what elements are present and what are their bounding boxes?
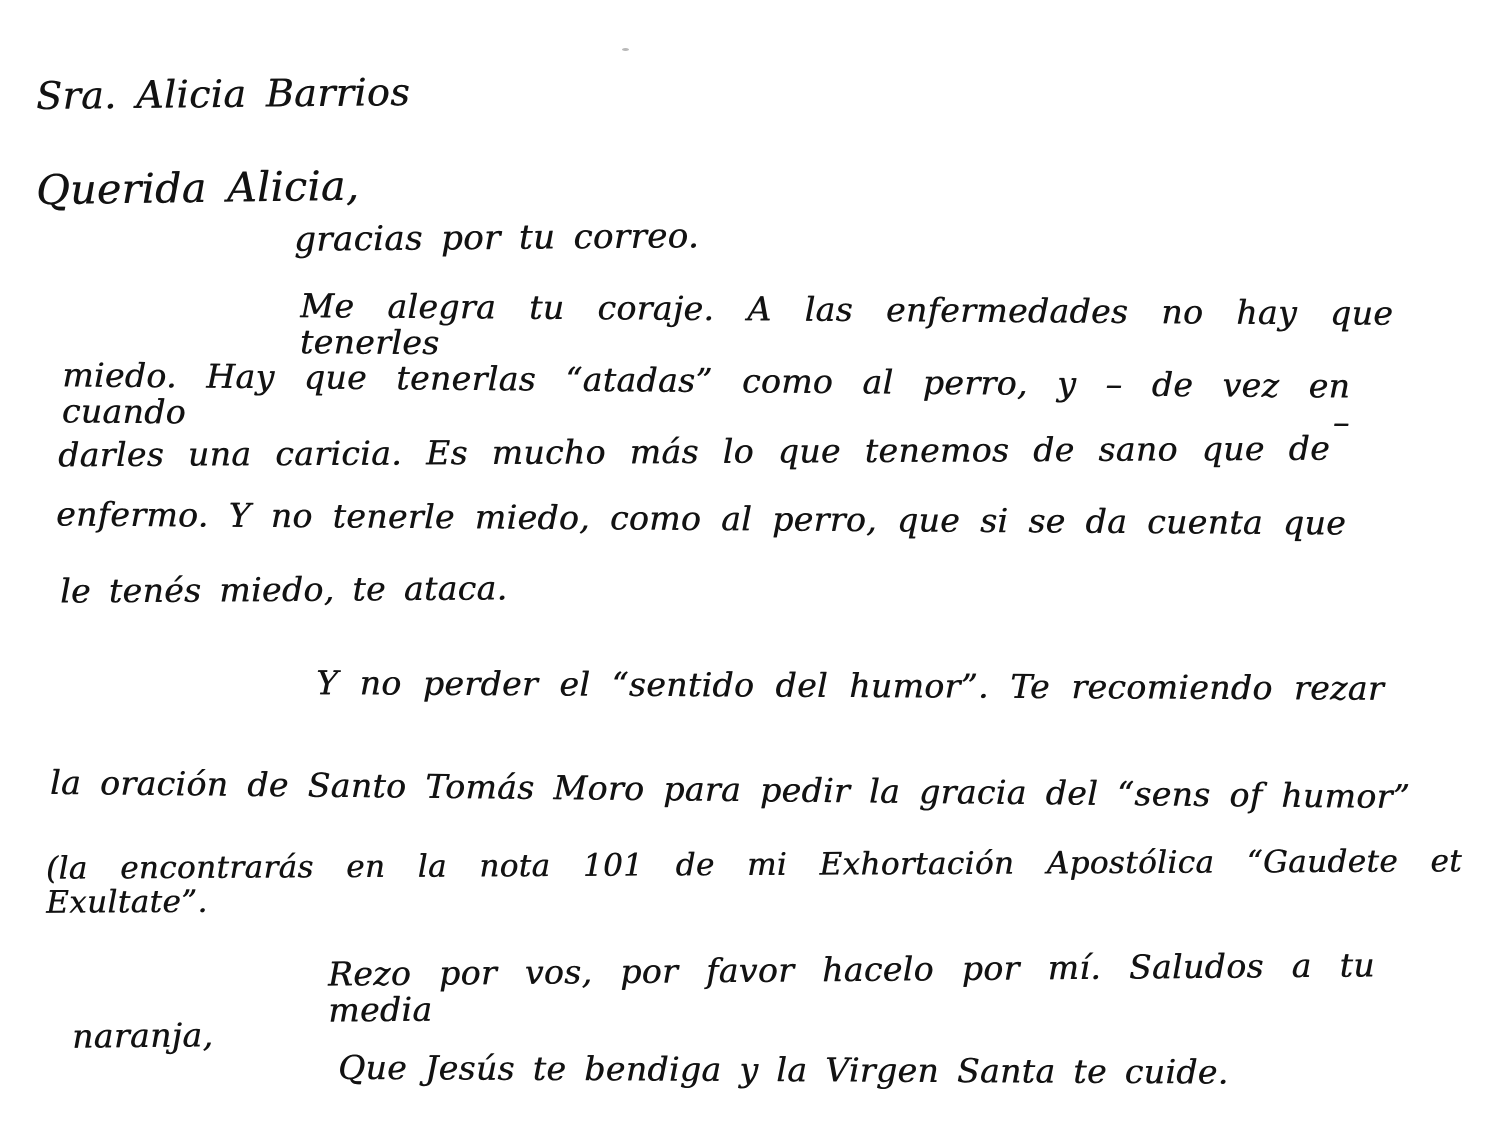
body-line-naranja: naranja, [72,1017,214,1055]
letter-page: Sra. Alicia Barrios Querida Alicia, grac… [0,0,1500,1125]
body-line-oracion: la oración de Santo Tomás Moro para pedi… [50,765,1410,816]
body-line-coraje: Me alegra tu coraje. A las enfermedades … [300,288,1393,368]
salutation-line: Querida Alicia, [36,164,360,214]
body-line-nota-101: (la encontrarás en la nota 101 de mi Exh… [46,844,1462,920]
body-line-ataca: le tenés miedo, te ataca. [60,570,508,609]
body-line-humor: Y no perder el “sentido del humor”. Te r… [316,665,1384,707]
body-line-thanks: gracias por tu correo. [294,218,699,259]
body-line-caricia: darles una caricia. Es mucho más lo que … [58,431,1330,474]
recipient-line: Sra. Alicia Barrios [36,72,410,118]
body-line-rezo: Rezo por vos, por favor hacelo por mí. S… [328,947,1376,1029]
body-line-bendicion: Que Jesús te bendiga y la Virgen Santa t… [338,1050,1158,1091]
body-line-enfermo: enfermo. Y no tenerle miedo, como al per… [56,496,1346,541]
scan-speck [622,48,629,51]
